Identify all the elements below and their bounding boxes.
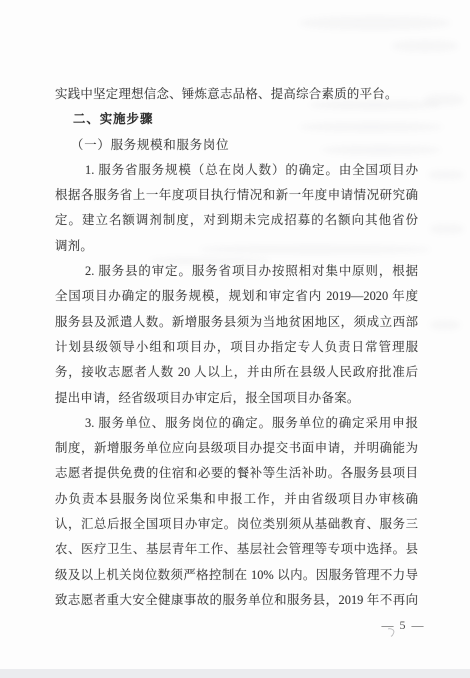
- text-line: 实践中坚定理想信念、锤炼意志品格、提高综合素质的平台。: [55, 82, 418, 107]
- bleed-through-artifact: [430, 224, 464, 234]
- document-page: 实践中坚定理想信念、锤炼意志品格、提高综合素质的平台。二、实施步骤（一）服务规模…: [0, 0, 470, 678]
- text-line: 级及以上机关岗位数须严格控制在 10% 以内。因服务管理不力导: [55, 563, 418, 588]
- subsection-heading: （一）服务规模和服务岗位: [55, 133, 418, 158]
- bleed-through-artifact: [392, 40, 458, 52]
- text-line: 办负责本县服务岗位采集和申报工作，并由省级项目办审核确: [55, 487, 418, 512]
- bleed-through-artifact: [424, 94, 464, 106]
- text-line: 致志愿者重大安全健康事故的服务单位和服务县，2019 年不再向: [55, 588, 418, 613]
- text-line: 认，汇总后报全国项目办审定。岗位类别须从基础教育、服务三: [55, 512, 418, 537]
- scan-edge-shadow: [0, 669, 470, 678]
- document-body: 实践中坚定理想信念、锤炼意志品格、提高综合素质的平台。二、实施步骤（一）服务规模…: [55, 82, 418, 613]
- text-line: 定。建立名额调剂制度，对到期未完成招募的名额向其他省份: [55, 208, 418, 233]
- text-line: 根据各服务省上一年度项目执行情况和新一年度申请情况研究确: [55, 183, 418, 208]
- bleed-through-artifact: [430, 320, 460, 330]
- text-line: 农、医疗卫生、基层青年工作、基层社会管理等专项中选择。县: [55, 537, 418, 562]
- text-line: 服务县及派遣人数。新增服务县须为当地贫困地区，须成立西部: [55, 310, 418, 335]
- text-line: 调剂。: [55, 234, 418, 259]
- text-line: 提出申请，经省级项目办审定后，报全国项目办备案。: [55, 386, 418, 411]
- paragraph-start-line: 1. 服务省服务规模（总在岗人数）的确定。由全国项目办: [55, 158, 418, 183]
- section-heading: 二、实施步骤: [55, 107, 418, 132]
- text-line: 务，接收志愿者人数 20 人以上，并由所在县级人民政府批准后: [55, 360, 418, 385]
- text-line: 志愿者提供免费的住宿和必要的餐补等生活补助。各服务县项目: [55, 461, 418, 486]
- paragraph-start-line: 3. 服务单位、服务岗位的确定。服务单位的确定采用申报: [55, 411, 418, 436]
- text-line: 全国项目办确定的服务规模，规划和审定省内 2019—2020 年度: [55, 284, 418, 309]
- bleed-through-artifact: [428, 170, 464, 180]
- bleed-through-artifact: [300, 16, 450, 30]
- text-line: 制度，新增服务单位应向县级项目办提交书面申请，并明确能为: [55, 436, 418, 461]
- paragraph-start-line: 2. 服务县的审定。服务省项目办按照相对集中原则，根据: [55, 259, 418, 284]
- text-line: 计划县级领导小组和项目办，项目办指定专人负责日常管理服: [55, 335, 418, 360]
